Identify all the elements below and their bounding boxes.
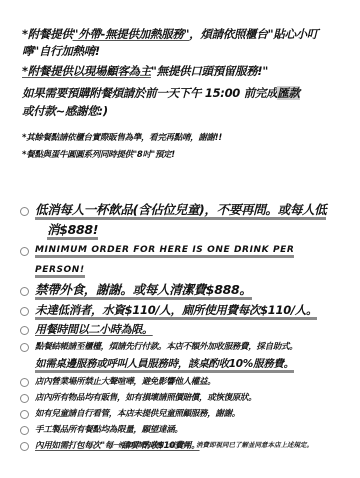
rule-text: 手工製品所有餐點均為限量，願望達涵。 xyxy=(35,425,183,435)
rule-text: 店內營業場所禁止大聲喧嘩，避免影響他人權益。 xyxy=(35,377,215,387)
intro-reservation-suffix: "無提供口頭預留服務!" xyxy=(151,64,268,78)
rule-text: 未達低消者，水資$110/人，廁所使用費每次$110/人。 xyxy=(35,303,317,320)
rules-list: 低消每人一杯飲品(含佔位兒童)，不要再問。或每人低 消$888! MINIMUM… xyxy=(0,200,360,454)
rule-text: 店內所有物品均有販售，如有損壞請照價賠償，或恢復原狀。 xyxy=(35,393,256,403)
intro-reservation-prefix: *附餐提供以現場顧客為主 xyxy=(22,64,151,78)
intro-takeout-note: *附餐提供"外帶-無提供加熱服務"，煩請依照櫃台"貼心小叮嚀"自行加熱唷! xyxy=(22,26,342,60)
intro-preorder-highlight: 匯款 xyxy=(277,86,299,100)
intro-takeout-prefix: *附餐提供 xyxy=(22,27,73,41)
rule-water-restroom-fee: 未達低消者，水資$110/人，廁所使用費每次$110/人。 xyxy=(0,300,360,320)
intro-preorder-end: 或付款~感謝您:) xyxy=(22,104,108,118)
rule-text: 用餐時間以二小時為限。 xyxy=(35,323,153,336)
footer-disclaimer: 消費前請先詳閱上述說明，消費即視同已了解並同意本店上述規定。 xyxy=(118,440,313,449)
intro-menu-note-1: *其餘餐點請依櫃台實際販售為準，看完再點唷，謝謝!! xyxy=(22,130,342,147)
circle-bullet-icon xyxy=(20,287,29,296)
rule-no-noise: 店內營業場所禁止大聲喧嘩，避免影響他人權益。 xyxy=(0,374,360,390)
intro-menu-note-2: *餐點與蛋牛圓圓系列同時提供"8吋"預定! xyxy=(22,147,342,164)
rule-self-service: 點餐結帳請至櫃檯，煩請先行付款。本店不額外加收服務費，採自助式。 如需桌邊服務或… xyxy=(0,339,360,374)
rule-text: MINIMUM ORDER FOR HERE IS ONE DRINK PER … xyxy=(35,245,294,278)
intro-menu-notes: *其餘餐點請依櫃台實際販售為準，看完再點唷，謝謝!! *餐點與蛋牛圓圓系列同時提… xyxy=(22,130,342,164)
rule-damage-compensation: 店內所有物品均有販售，如有損壞請照價賠償，或恢復原狀。 xyxy=(0,390,360,406)
rule-limited-handmade: 手工製品所有餐點均為限量，願望達涵。 xyxy=(0,422,360,438)
circle-bullet-icon xyxy=(20,394,29,403)
rule-text: 如有兒童請自行看管，本店未提供兒童照顧服務，謝謝。 xyxy=(35,409,240,419)
circle-bullet-icon xyxy=(20,207,29,216)
rule-text: 禁帶外食，謝謝。或每人清潔費$888。 xyxy=(35,282,252,300)
intro-takeout-quoted: "外帶-無提供加熱服務" xyxy=(73,27,190,41)
circle-bullet-icon xyxy=(20,426,29,435)
rule-no-outside-food: 禁帶外食，謝謝。或每人清潔費$888。 xyxy=(0,280,360,300)
intro-preorder-main: 如果需要預購附餐煩請於前一天下午 15:00 前完成 xyxy=(22,86,277,100)
rule-text-cont: 如需桌邊服務或呼叫人員服務時，該桌酌收10%服務費。 xyxy=(35,358,294,373)
rules-document: *附餐提供"外帶-無提供加熱服務"，煩請依照櫃台"貼心小叮嚀"自行加熱唷! *附… xyxy=(0,0,360,478)
circle-bullet-icon xyxy=(20,442,29,451)
intro-preorder-note: 如果需要預購附餐煩請於前一天下午 15:00 前完成匯款 或付款~感謝您:) xyxy=(22,84,342,120)
rule-minimum-spend: 低消每人一杯飲品(含佔位兒童)，不要再問。或每人低 消$888! xyxy=(0,200,360,240)
rule-child-supervision: 如有兒童請自行看管，本店未提供兒童照顧服務，謝謝。 xyxy=(0,406,360,422)
circle-bullet-icon xyxy=(20,410,29,419)
intro-reservation-note: *附餐提供以現場顧客為主"無提供口頭預留服務!" xyxy=(22,63,342,79)
circle-bullet-icon xyxy=(20,378,29,387)
rule-minimum-order-en: MINIMUM ORDER FOR HERE IS ONE DRINK PER … xyxy=(0,240,360,280)
circle-bullet-icon xyxy=(20,307,29,316)
circle-bullet-icon xyxy=(20,343,29,352)
rule-time-limit: 用餐時間以二小時為限。 xyxy=(0,320,360,339)
circle-bullet-icon xyxy=(20,326,29,335)
rule-text: 低消每人一杯飲品(含佔位兒童)，不要再問。或每人低 xyxy=(35,202,326,220)
rule-text: 點餐結帳請至櫃檯，煩請先行付款。本店不額外加收服務費，採自助式。 xyxy=(35,342,297,352)
circle-bullet-icon xyxy=(20,247,29,256)
rule-text-cont: 消$888! xyxy=(47,222,98,240)
